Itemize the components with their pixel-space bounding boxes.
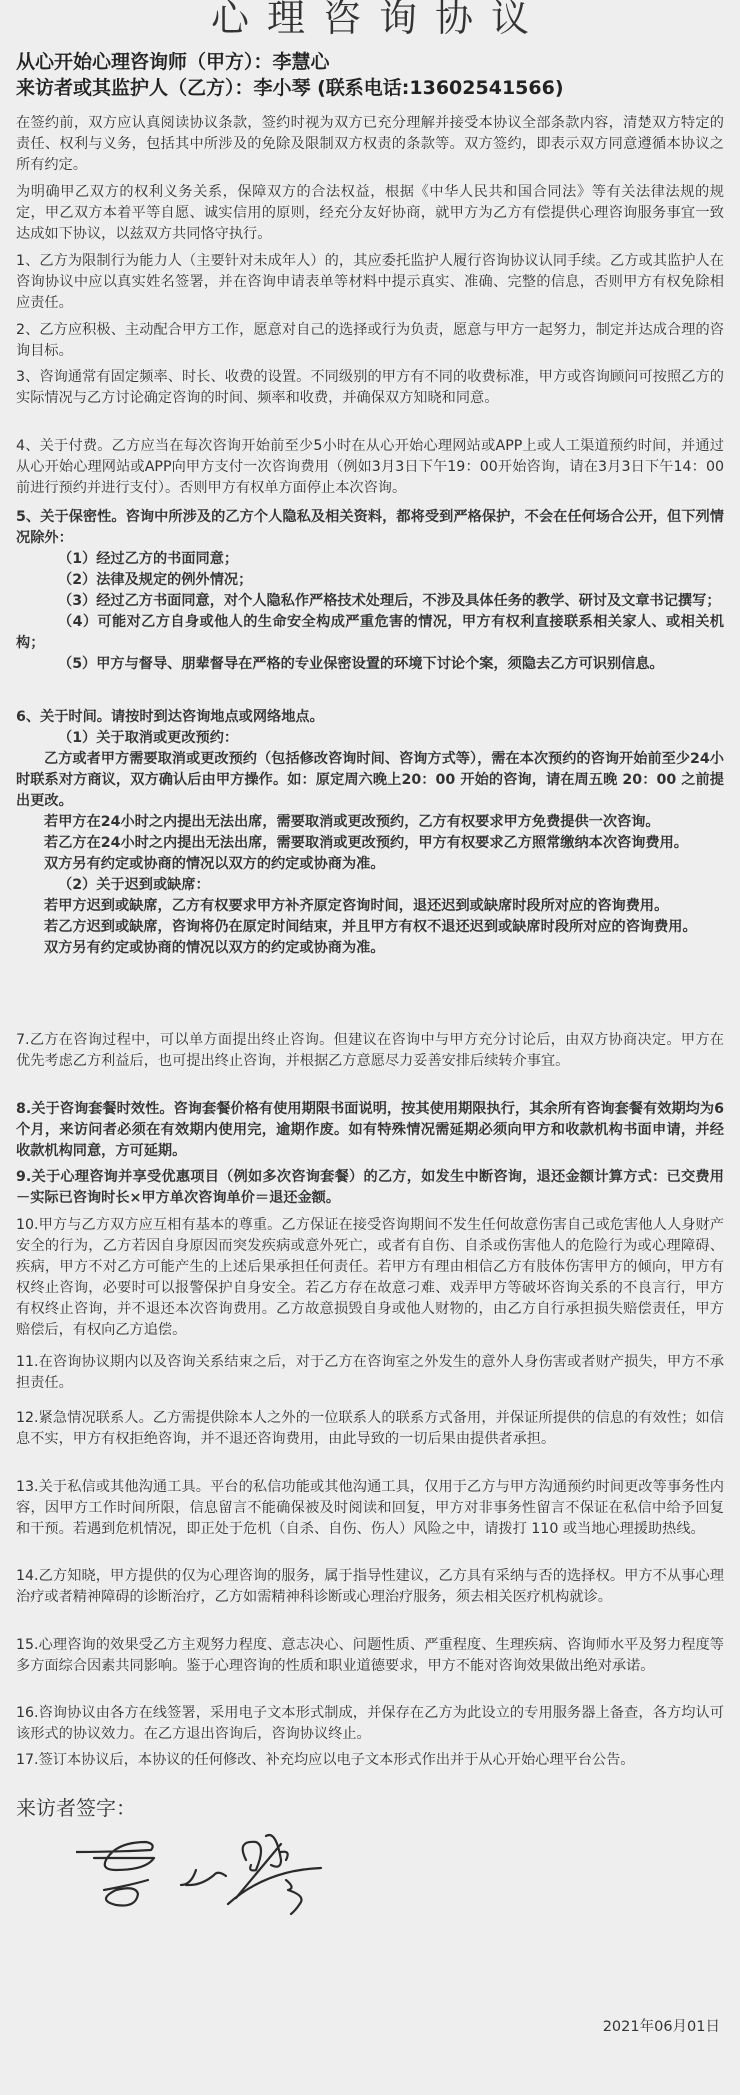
clause-5-item: （2）法律及规定的例外情况；	[16, 570, 724, 591]
clause-6-sub1-title: （1）关于取消或更改预约：	[16, 728, 724, 749]
clause-12: 12.紧急情况联系人。乙方需提供除本人之外的一位联系人的联系方式备用，并保证所提…	[16, 1408, 724, 1450]
clause-10: 10.甲方与乙方双方应互相有基本的尊重。乙方保证在接受咨询期间不发生任何故意伤害…	[16, 1215, 724, 1341]
clause-5-item: （3）经过乙方书面同意，对个人隐私作严格技术处理后，不涉及具体任务的教学、研讨及…	[16, 591, 724, 612]
clause-4: 4、关于付费。乙方应当在每次咨询开始前至少5小时在从心开始心理网站或APP上或人…	[16, 436, 724, 499]
clause-5-item: （5）甲方与督导、朋辈督导在严格的专业保密设置的环境下讨论个案，须隐去乙方可识别…	[16, 654, 724, 675]
clause-6: 6、关于时间。请按时到达咨询地点或网络地点。 （1）关于取消或更改预约： 乙方或…	[16, 707, 724, 959]
clause-8: 8.关于咨询套餐时效性。咨询套餐价格有使用期限书面说明，按其使用期限执行，其余所…	[16, 1099, 724, 1162]
clause-11: 11.在咨询协议期内以及咨询关系结束之后，对于乙方在咨询室之外发生的意外人身伤害…	[16, 1352, 724, 1394]
clause-3: 3、咨询通常有固定频率、时长、收费的设置。不同级别的甲方有不同的收费标准，甲方或…	[16, 367, 724, 409]
clause-6-sub1-text: 双方另有约定或协商的情况以双方的约定或协商为准。	[16, 854, 724, 875]
clause-5: 5、关于保密性。咨询中所涉及的乙方个人隐私及相关资料，都将受到严格保护，不会在任…	[16, 507, 724, 675]
party-a: 从心开始心理咨询师（甲方）：李慧心	[16, 50, 330, 74]
clause-1: 1、乙方为限制行为能力人（主要针对未成年人）的，其应委托监护人履行咨询协议认同手…	[16, 251, 724, 314]
clause-14: 14.乙方知晓，甲方提供的仅为心理咨询的服务，属于指导性建议，乙方具有采纳与否的…	[16, 1566, 724, 1608]
clause-17: 17.签订本协议后，本协议的任何修改、补充均应以电子文本形式作出并于从心开始心理…	[16, 1750, 724, 1771]
signature-date: 2021年06月01日	[603, 2015, 720, 2036]
clause-6-head: 6、关于时间。请按时到达咨询地点或网络地点。	[16, 707, 724, 728]
party-b: 来访者或其监护人（乙方）：李小琴 (联系电话:13602541566)	[16, 76, 564, 100]
agreement-document: 心理咨询协议 从心开始心理咨询师（甲方）：李慧心 来访者或其监护人（乙方）：李小…	[16, 0, 724, 38]
clause-6-sub1-text: 乙方或者甲方需要取消或更改预约（包括修改咨询时间、咨询方式等），需在本次预约的咨…	[16, 749, 724, 812]
clause-6-sub2-title: （2）关于迟到或缺席：	[16, 875, 724, 896]
clause-9: 9.关于心理咨询并享受优惠项目（例如多次咨询套餐）的乙方，如发生中断咨询，退还金…	[16, 1167, 724, 1209]
clause-6-sub1-text: 若甲方在24小时之内提出无法出席，需要取消或更改预约，乙方有权要求甲方免费提供一…	[16, 812, 724, 833]
clause-7: 7.乙方在咨询过程中，可以单方面提出终止咨询。但建议在咨询中与甲方充分讨论后，由…	[16, 1030, 724, 1072]
intro-paragraph-2: 为明确甲乙双方的权利义务关系，保障双方的合法权益，根据《中华人民共和国合同法》等…	[16, 182, 724, 245]
clause-6-sub2-text: 双方另有约定或协商的情况以双方的约定或协商为准。	[16, 938, 724, 959]
clause-6-sub2-text: 若甲方迟到或缺席，乙方有权要求甲方补齐原定咨询时间，退还迟到或缺席时段所对应的咨…	[16, 896, 724, 917]
clause-6-sub2-text: 若乙方迟到或缺席，咨询将仍在原定时间结束，并且甲方有权不退还迟到或缺席时段所对应…	[16, 917, 724, 938]
clause-2: 2、乙方应积极、主动配合甲方工作，愿意对自己的选择或行为负责，愿意与甲方一起努力…	[16, 320, 724, 362]
clause-16: 16.咨询协议由各方在线签署，采用电子文本形式制成，并保存在乙方为此设立的专用服…	[16, 1703, 724, 1745]
signature-label: 来访者签字：	[16, 1792, 136, 1821]
clause-15: 15.心理咨询的效果受乙方主观努力程度、意志决心、问题性质、严重程度、生理疾病、…	[16, 1635, 724, 1677]
clause-13: 13.关于私信或其他沟通工具。平台的私信功能或其他沟通工具，仅用于乙方与甲方沟通…	[16, 1477, 724, 1540]
clause-6-sub1-text: 若乙方在24小时之内提出无法出席，需要取消或更改预约，甲方有权要求乙方照常缴纳本…	[16, 833, 724, 854]
document-title: 心理咨询协议	[16, 0, 724, 38]
clause-5-head: 5、关于保密性。咨询中所涉及的乙方个人隐私及相关资料，都将受到严格保护，不会在任…	[16, 507, 724, 549]
clause-5-item: （1）经过乙方的书面同意；	[16, 549, 724, 570]
clause-5-item: （4）可能对乙方自身或他人的生命安全构成严重危害的情况，甲方有权利直接联系相关家…	[16, 612, 724, 654]
handwritten-signature	[76, 1830, 376, 1954]
intro-paragraph-1: 在签约前，双方应认真阅读协议条款，签约时视为双方已充分理解并接受本协议全部条款内…	[16, 113, 724, 176]
